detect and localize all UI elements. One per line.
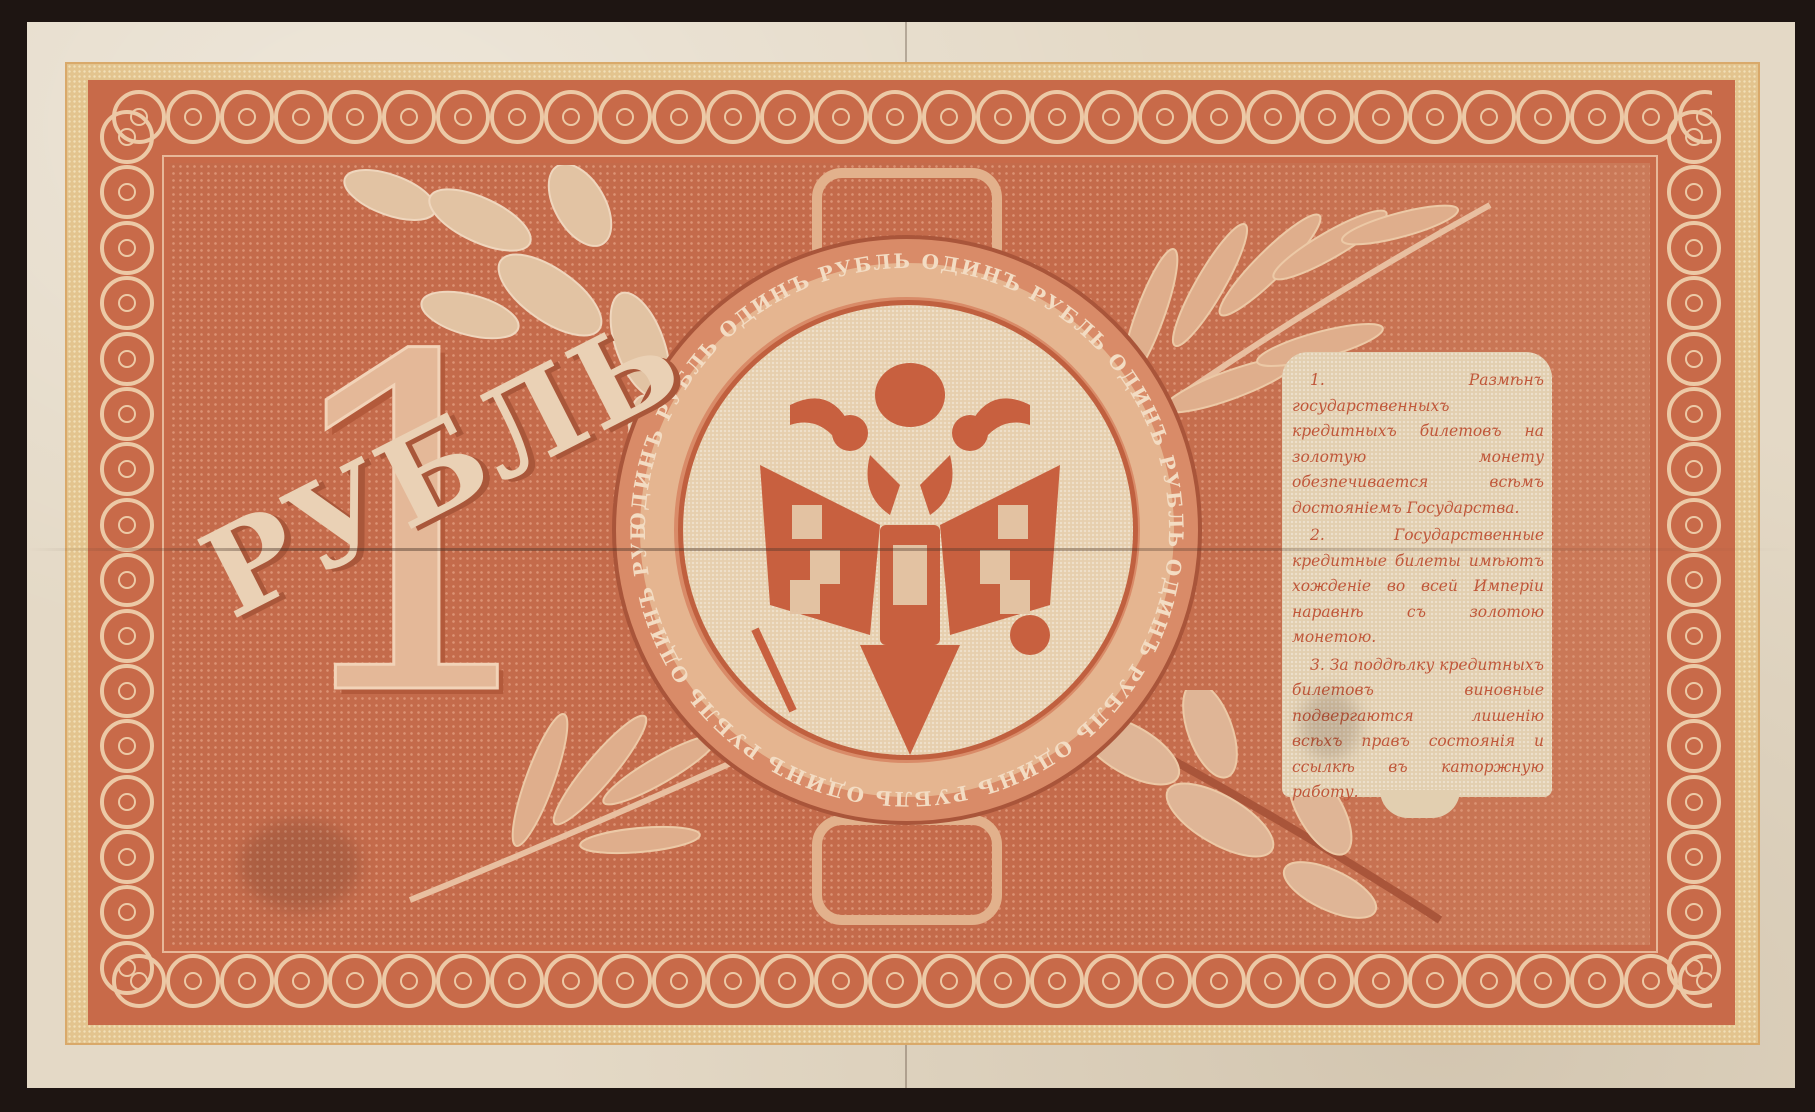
guilloche-ring-icon: [100, 664, 154, 718]
guilloche-ring-icon: [922, 954, 976, 1008]
guilloche-ring-icon: [1246, 954, 1300, 1008]
guilloche-ring-icon: [1354, 954, 1408, 1008]
guilloche-ring-icon: [100, 885, 154, 939]
guilloche-ring-icon: [100, 830, 154, 884]
guilloche-ring-icon: [706, 954, 760, 1008]
guilloche-ring-icon: [382, 90, 436, 144]
guilloche-ring-icon: [1084, 90, 1138, 144]
guilloche-ring-icon: [976, 90, 1030, 144]
guilloche-ring-icon: [166, 954, 220, 1008]
guilloche-ring-icon: [100, 165, 154, 219]
guilloche-ring-icon: [868, 954, 922, 1008]
guilloche-ring-icon: [1246, 90, 1300, 144]
guilloche-ring-icon: [1667, 775, 1721, 829]
guilloche-ring-icon: [706, 90, 760, 144]
guilloche-ring-icon: [1408, 954, 1462, 1008]
top-guilloche-border: [112, 88, 1712, 146]
guilloche-ring-icon: [1570, 954, 1624, 1008]
guilloche-ring-icon: [760, 954, 814, 1008]
guilloche-ring-icon: [100, 609, 154, 663]
guilloche-ring-icon: [1084, 954, 1138, 1008]
guilloche-ring-icon: [1667, 719, 1721, 773]
guilloche-ring-icon: [100, 110, 154, 164]
guilloche-ring-icon: [868, 90, 922, 144]
guilloche-ring-icon: [100, 553, 154, 607]
guilloche-ring-icon: [274, 90, 328, 144]
guilloche-ring-icon: [598, 954, 652, 1008]
guilloche-ring-icon: [436, 90, 490, 144]
ink-stain: [1300, 690, 1360, 760]
guilloche-ring-icon: [1570, 90, 1624, 144]
guilloche-ring-icon: [1516, 90, 1570, 144]
guilloche-ring-icon: [490, 954, 544, 1008]
guilloche-ring-icon: [760, 90, 814, 144]
guilloche-ring-icon: [166, 90, 220, 144]
guilloche-ring-icon: [1667, 165, 1721, 219]
guilloche-ring-icon: [1138, 90, 1192, 144]
right-guilloche-border: [1665, 110, 1723, 995]
guilloche-ring-icon: [382, 954, 436, 1008]
guilloche-ring-icon: [652, 90, 706, 144]
guilloche-ring-icon: [1408, 90, 1462, 144]
guilloche-ring-icon: [1667, 442, 1721, 496]
guilloche-ring-icon: [328, 954, 382, 1008]
guilloche-ring-icon: [100, 442, 154, 496]
guilloche-ring-icon: [1138, 954, 1192, 1008]
guilloche-ring-icon: [1516, 954, 1570, 1008]
guilloche-ring-icon: [1667, 332, 1721, 386]
guilloche-ring-icon: [100, 221, 154, 275]
guilloche-ring-icon: [100, 498, 154, 552]
guilloche-ring-icon: [1667, 498, 1721, 552]
guilloche-ring-icon: [1667, 830, 1721, 884]
guilloche-ring-icon: [1667, 387, 1721, 441]
guilloche-ring-icon: [100, 719, 154, 773]
guilloche-ring-icon: [1192, 954, 1246, 1008]
guilloche-ring-icon: [100, 387, 154, 441]
guilloche-ring-icon: [100, 775, 154, 829]
guilloche-ring-icon: [1300, 90, 1354, 144]
guilloche-ring-icon: [328, 90, 382, 144]
bottom-guilloche-border: [112, 952, 1712, 1010]
guilloche-ring-icon: [922, 90, 976, 144]
guilloche-ring-icon: [598, 90, 652, 144]
guilloche-ring-icon: [1667, 664, 1721, 718]
guilloche-ring-icon: [652, 954, 706, 1008]
guilloche-ring-icon: [1667, 221, 1721, 275]
guilloche-ring-icon: [1667, 553, 1721, 607]
double-headed-eagle-icon: [730, 355, 1090, 755]
guilloche-ring-icon: [1667, 885, 1721, 939]
guilloche-ring-icon: [1667, 941, 1721, 995]
guilloche-ring-icon: [274, 954, 328, 1008]
guilloche-ring-icon: [100, 276, 154, 330]
guilloche-ring-icon: [1462, 954, 1516, 1008]
guilloche-ring-icon: [1354, 90, 1408, 144]
guilloche-ring-icon: [490, 90, 544, 144]
guilloche-ring-icon: [436, 954, 490, 1008]
guilloche-ring-icon: [100, 941, 154, 995]
ink-stain: [240, 820, 360, 910]
guilloche-ring-icon: [220, 954, 274, 1008]
guilloche-ring-icon: [814, 90, 868, 144]
guilloche-ring-icon: [544, 90, 598, 144]
guilloche-ring-icon: [544, 954, 598, 1008]
guilloche-ring-icon: [100, 332, 154, 386]
guilloche-ring-icon: [976, 954, 1030, 1008]
left-guilloche-border: [98, 110, 156, 995]
guilloche-ring-icon: [1030, 954, 1084, 1008]
guilloche-ring-icon: [814, 954, 868, 1008]
guilloche-ring-icon: [1300, 954, 1354, 1008]
guilloche-ring-icon: [1462, 90, 1516, 144]
guilloche-ring-icon: [1192, 90, 1246, 144]
horizontal-fold-crease: [27, 548, 1795, 551]
guilloche-ring-icon: [1667, 110, 1721, 164]
guilloche-ring-icon: [220, 90, 274, 144]
guilloche-ring-icon: [1667, 276, 1721, 330]
legal-paragraph-2: 2. Государственные кредитные билеты имѣю…: [1292, 523, 1544, 651]
legal-paragraph-1: 1. Размѣнъ государственныхъ кредитныхъ б…: [1292, 368, 1544, 521]
guilloche-ring-icon: [1030, 90, 1084, 144]
guilloche-ring-icon: [1667, 609, 1721, 663]
